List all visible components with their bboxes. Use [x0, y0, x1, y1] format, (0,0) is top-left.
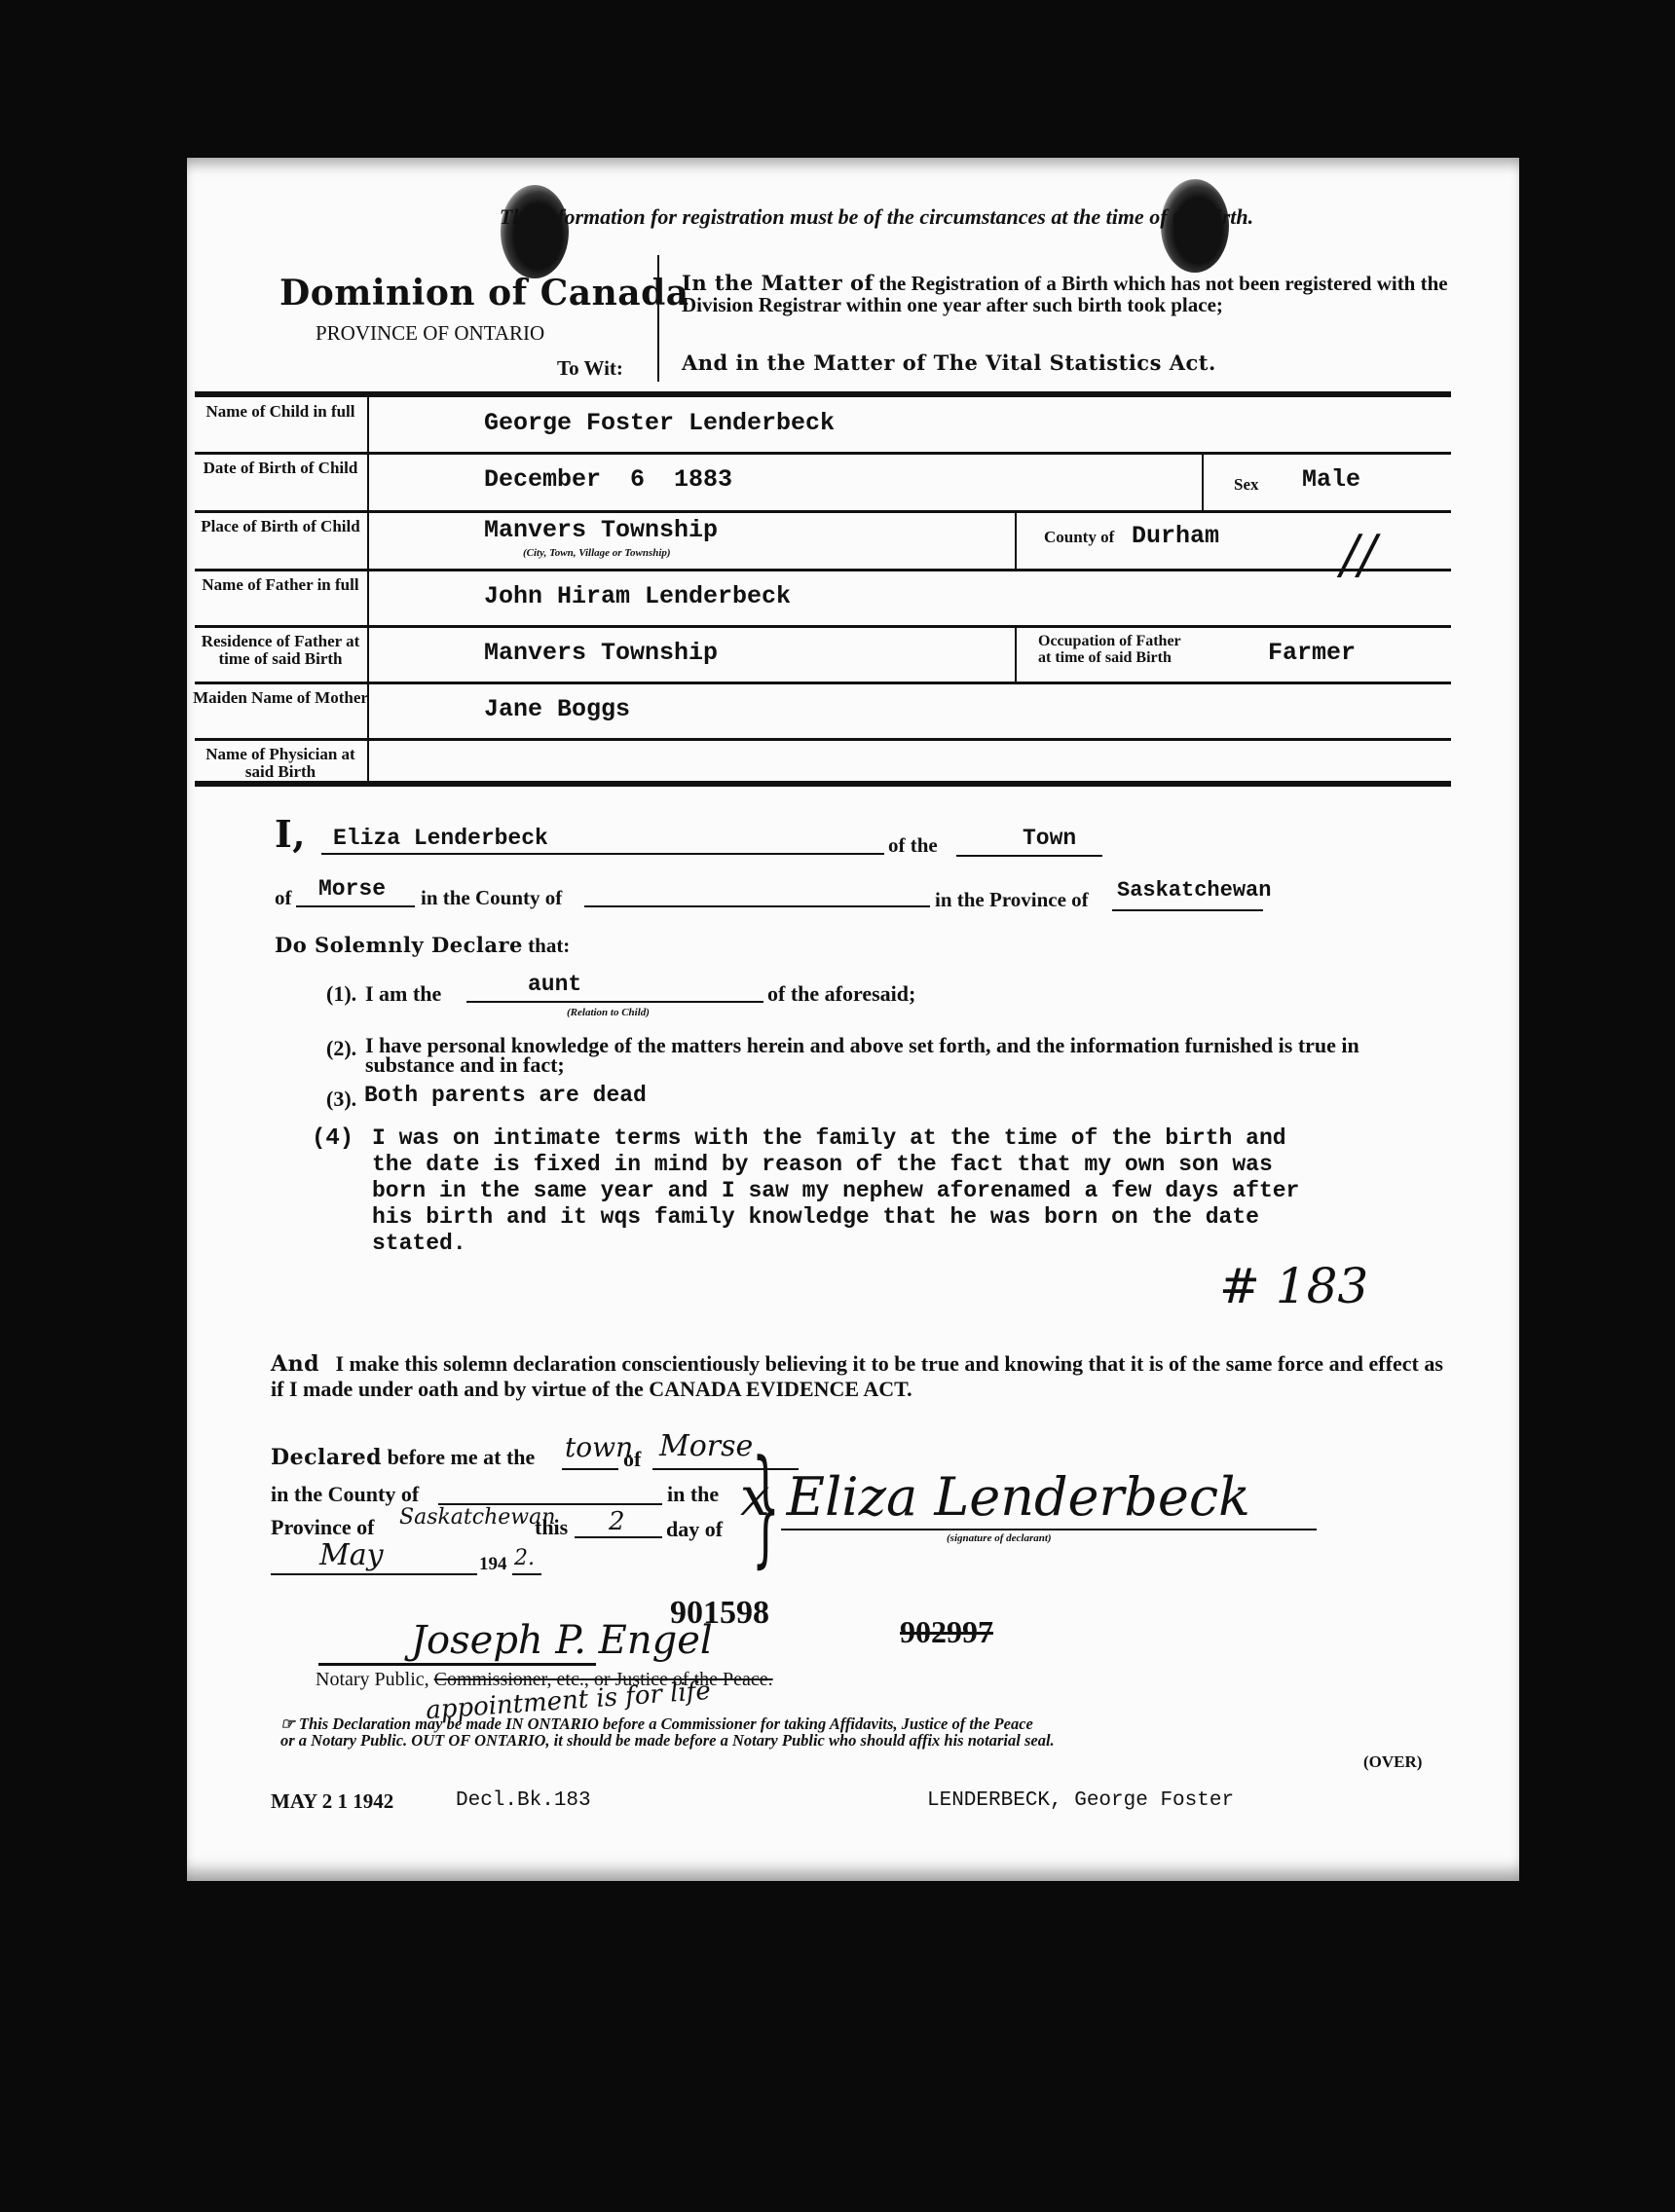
jurat-day-of-label: day of [666, 1517, 723, 1542]
province-value: Saskatchewan [1117, 878, 1271, 903]
row-rule [195, 738, 1451, 741]
year-line [512, 1573, 541, 1575]
to-wit-label: To Wit: [557, 356, 623, 381]
value-birth-date: December 6 1883 [484, 465, 732, 494]
label-sex: Sex [1234, 475, 1259, 495]
instruction-note: The information for registration must be… [399, 204, 1354, 230]
county-divider [1015, 512, 1017, 569]
label-father-occupation: Occupation of Father at time of said Bir… [1038, 633, 1184, 666]
of-label: of [275, 886, 292, 910]
conclusion-prefix: And [271, 1351, 319, 1377]
jurat-line-1: Declared before me at the [271, 1445, 535, 1470]
statement-4-line: stated. [372, 1231, 1299, 1257]
label-physician: Name of Physician at said Birth [193, 746, 368, 781]
day-handwritten: 2 [609, 1507, 625, 1536]
conclusion-text: I make this solemn declaration conscient… [271, 1351, 1443, 1401]
statement-3-num: (3). [326, 1087, 356, 1112]
county-line [584, 905, 930, 907]
day-line [575, 1536, 662, 1538]
relation-caption: (Relation to Child) [567, 1007, 650, 1018]
province-label: in the Province of [935, 888, 1089, 912]
jurat-this-label: this [535, 1515, 568, 1540]
place-handwritten: Morse [659, 1429, 753, 1463]
value-father-name: John Hiram Lenderbeck [484, 582, 791, 610]
label-child-name: Name of Child in full [193, 403, 368, 421]
declarant-prefix: I, [275, 812, 306, 856]
province-title: PROVINCE OF ONTARIO [316, 321, 544, 346]
table-top-rule [195, 391, 1451, 397]
matter-block-2: And in the Matter of The Vital Statistic… [682, 350, 1216, 375]
statement-1-num: (1). [326, 981, 356, 1007]
received-stamp: MAY 2 1 1942 [271, 1789, 393, 1814]
statement-1-post: of the aforesaid; [767, 981, 915, 1007]
declarant-name-line [321, 853, 884, 855]
declarant-name: Eliza Lenderbeck [333, 826, 548, 851]
declarant-signature: x Eliza Lenderbeck [740, 1466, 1250, 1528]
table-bottom-rule [195, 781, 1451, 787]
label-birth-place: Place of Birth of Child [193, 518, 368, 535]
jurat-in-the-label: in the [667, 1482, 719, 1507]
row-rule [195, 510, 1451, 513]
statement-4-line: the date is fixed in mind by reason of t… [372, 1152, 1299, 1178]
statement-3-text: Both parents are dead [364, 1083, 647, 1108]
county-label: in the County of [421, 886, 562, 910]
statement-4-line: born in the same year and I saw my nephe… [372, 1178, 1299, 1204]
notary-signature-line [318, 1663, 596, 1666]
row-rule [195, 569, 1451, 571]
handwritten-file-number: # 183 [1219, 1258, 1368, 1314]
solemn-declare: Do Solemnly Declare that: [275, 933, 570, 958]
notary-signature: Joseph P. Engel [411, 1618, 713, 1663]
value-birth-place: Manvers Township [484, 516, 718, 544]
month-line [271, 1573, 477, 1575]
jurisdiction-title: Dominion of Canada [279, 273, 689, 313]
row-rule [195, 452, 1451, 455]
index-name: LENDERBECK, George Foster [927, 1789, 1234, 1812]
birth-place-caption: (City, Town, Village or Township) [523, 547, 671, 559]
conclusion-paragraph: And I make this solemn declaration consc… [271, 1351, 1455, 1402]
value-father-residence: Manvers Township [484, 639, 718, 667]
header-divider [657, 255, 659, 382]
value-county: Durham [1132, 522, 1219, 550]
declared-label: Declared [271, 1445, 382, 1470]
value-child-name: George Foster Lenderbeck [484, 409, 835, 437]
statement-4-num: (4) [312, 1125, 354, 1152]
jurat-county-label: in the County of [271, 1482, 419, 1507]
year-prefix: 194 [479, 1554, 507, 1575]
of-the-value: Town [1023, 826, 1076, 851]
statement-4-line: his birth and it wqs family knowledge th… [372, 1204, 1299, 1231]
month-handwritten: May [319, 1538, 384, 1572]
label-birth-date: Date of Birth of Child [193, 460, 368, 477]
signature-line [781, 1529, 1317, 1530]
statement-4-text: I was on intimate terms with the family … [372, 1125, 1299, 1257]
notary-title-kept: Notary Public, [316, 1669, 429, 1690]
label-county: County of [1044, 528, 1114, 547]
statement-2-text: I have personal knowledge of the matters… [365, 1036, 1444, 1075]
margin-check-mark: // [1341, 524, 1376, 585]
of-the-line [956, 855, 1102, 857]
sex-divider [1202, 454, 1204, 510]
over-label: (OVER) [1363, 1752, 1422, 1772]
matter-block-1: In the Matter of the Registration of a B… [682, 273, 1480, 315]
struck-number: 902997 [900, 1614, 993, 1650]
statement-1-pre: I am the [365, 981, 441, 1007]
jurat-province-handwritten: Saskatchewan [399, 1505, 555, 1530]
province-line [1112, 909, 1263, 911]
punch-hole-left [501, 185, 569, 278]
matter-prefix: In the Matter of [682, 271, 874, 295]
relation-value: aunt [528, 972, 581, 997]
footnote: ☞ This Declaration may be made IN ONTARI… [280, 1715, 1507, 1749]
town-line [296, 905, 415, 907]
footnote-line-2: or a Notary Public. OUT OF ONTARIO, it s… [280, 1731, 1055, 1750]
birth-declaration-form: The information for registration must be… [187, 158, 1519, 1881]
place-type-line [562, 1468, 618, 1470]
statement-4-line: I was on intimate terms with the family … [372, 1125, 1299, 1152]
jurat-province-label: Province of [271, 1515, 375, 1540]
before-me-label: before me at the [388, 1445, 536, 1469]
label-father-residence: Residence of Father at time of said Birt… [193, 633, 368, 668]
row-rule [195, 625, 1451, 628]
row-rule [195, 682, 1451, 684]
jurat-of-label: of [623, 1447, 641, 1472]
of-the-label: of the [888, 833, 938, 858]
value-father-occupation: Farmer [1268, 639, 1356, 667]
book-reference: Decl.Bk.183 [456, 1789, 591, 1812]
label-father-name: Name of Father in full [193, 576, 368, 594]
statement-2-num: (2). [326, 1036, 356, 1061]
occupation-divider [1015, 627, 1017, 682]
value-mother-maiden-name: Jane Boggs [484, 695, 630, 723]
solemn-suffix: that: [528, 934, 570, 957]
relation-line [466, 1001, 763, 1003]
town-value: Morse [318, 876, 386, 902]
value-sex: Male [1302, 465, 1360, 494]
solemn-heading: Do Solemnly Declare [275, 933, 523, 957]
signature-caption: (signature of declarant) [947, 1532, 1052, 1544]
label-mother-maiden-name: Maiden Name of Mother [193, 689, 368, 707]
year-suffix-handwritten: 2. [514, 1546, 535, 1570]
